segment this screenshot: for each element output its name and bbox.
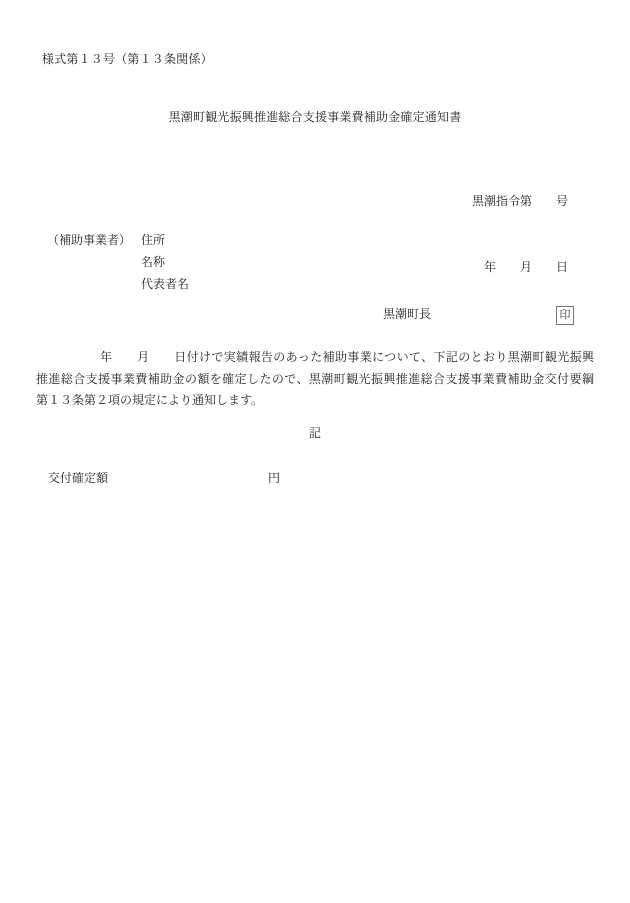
issuer-name: 黒潮町長 <box>383 306 431 322</box>
addressee-block: （補助事業者） 住所 名称 代表者名 <box>47 229 189 295</box>
seal-box: 印 <box>556 306 574 325</box>
document-title: 黒潮町観光振興推進総合支援事業費補助金確定通知書 <box>0 109 630 125</box>
note-marker: 記 <box>0 425 630 441</box>
form-number: 様式第１３号（第１３条関係） <box>42 51 213 67</box>
body-line-2: 推進総合支援事業費補助金の額を確定したので、黒潮町観光振興推進総合支援事業費補助… <box>36 369 594 391</box>
issuance-date-line: 年 月 日 <box>472 256 568 278</box>
amount-unit: 円 <box>268 470 280 486</box>
amount-label: 交付確定額 <box>48 470 108 486</box>
addressee-field-address: 住所 <box>141 229 189 251</box>
issuance-block: 黒潮指令第 号 年 月 日 <box>472 146 568 322</box>
addressee-field-name: 名称 <box>141 251 189 273</box>
document-page: 様式第１３号（第１３条関係） 黒潮町観光振興推進総合支援事業費補助金確定通知書 … <box>0 0 630 903</box>
addressee-label: （補助事業者） <box>47 229 131 251</box>
body-line-3: 第１３条第２項の規定により通知します。 <box>36 390 594 412</box>
body-line-1: 年 月 日付けで実績報告のあった補助事業について、下記のとおり黒潮町観光振興 <box>36 347 594 369</box>
addressee-field-representative: 代表者名 <box>141 273 189 295</box>
amount-value-blank <box>115 470 260 486</box>
addressee-fields: 住所 名称 代表者名 <box>141 229 189 295</box>
body-paragraph: 年 月 日付けで実績報告のあった補助事業について、下記のとおり黒潮町観光振興 推… <box>36 347 594 412</box>
directive-number-line: 黒潮指令第 号 <box>472 190 568 212</box>
